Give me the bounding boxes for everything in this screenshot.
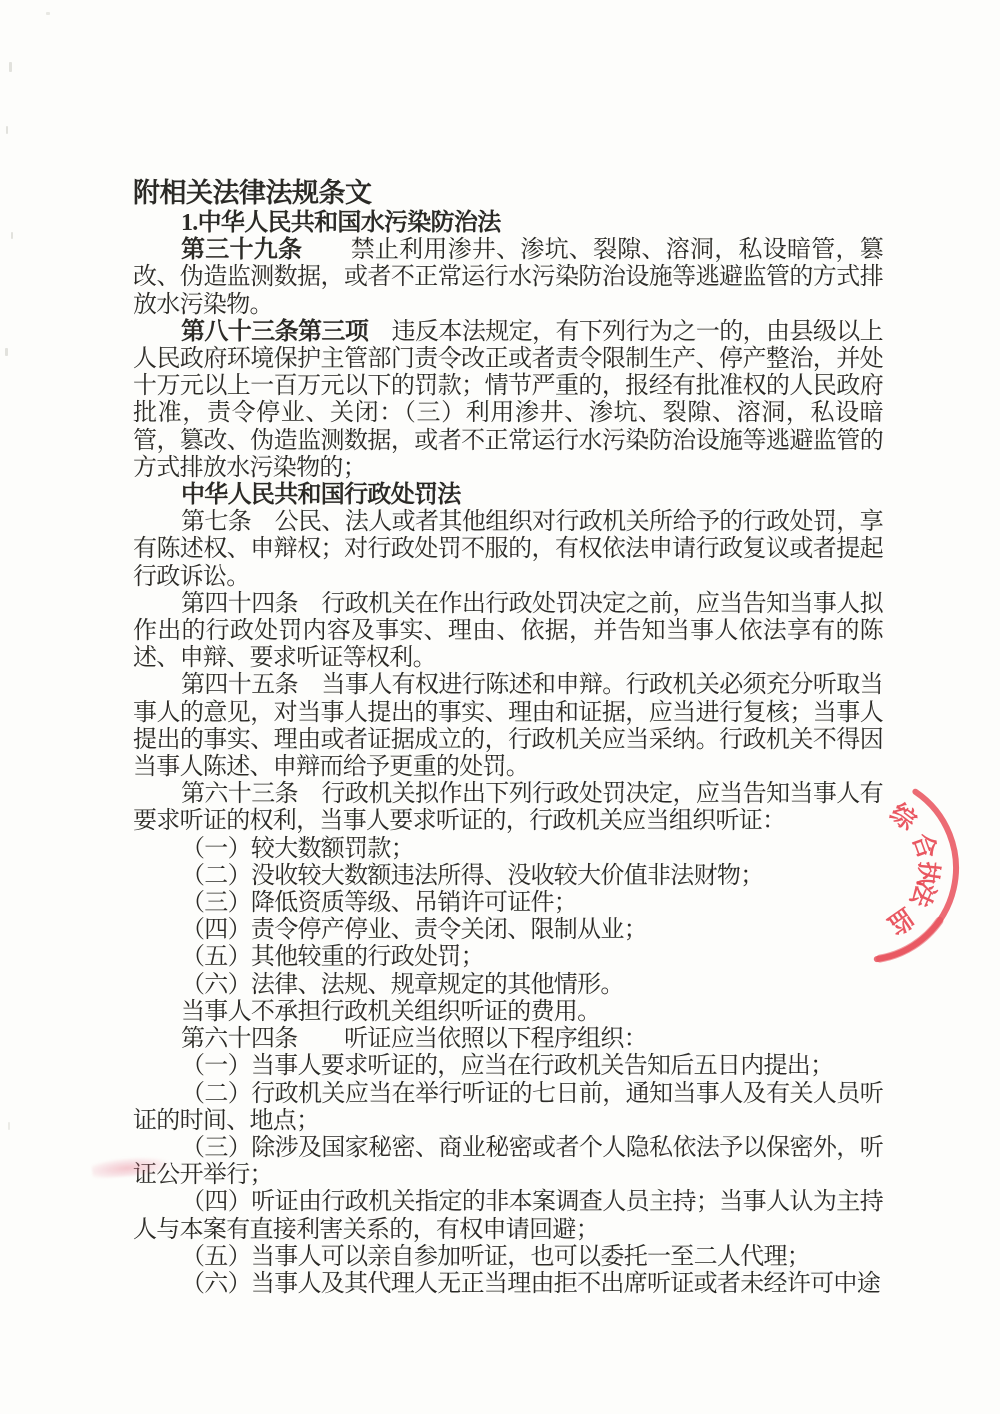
paragraph: （五）其他较重的行政处罚；: [133, 944, 883, 971]
paragraph: （三）降低资质等级、吊销许可证件；: [133, 890, 883, 917]
page-title: 附相关法律法规条文: [133, 176, 883, 210]
article-number: 第四十四条: [181, 591, 298, 617]
stamp-border-arc-heavy: [880, 921, 939, 959]
paragraph: （六）当事人及其代理人无正当理由拒不出席听证或者未经许可中途: [133, 1271, 883, 1298]
stamp-character: 综: [884, 798, 922, 837]
stamp-character: 监: [882, 902, 919, 939]
scan-artifact: [8, 1122, 10, 1130]
article-number: 第七条: [181, 509, 251, 535]
stamp-border-arc: [877, 792, 956, 959]
paragraph: 第六十三条 行政机关拟作出下列行政处罚决定，应当告知当事人有要求听证的权利，当事…: [133, 781, 883, 835]
paragraph: 第四十五条 当事人有权进行陈述和申辩。行政机关必须充分听取当事人的意见，对当事人…: [133, 672, 883, 781]
scanned-document: { "document": { "title": "附相关法律法规条文", "p…: [0, 0, 1000, 1414]
paragraph: 第三十九条 禁止利用渗井、渗坑、裂隙、溶洞，私设暗管，篡改、伪造监测数据，或者不…: [133, 237, 883, 319]
paragraph: （四）责令停产停业、责令关闭、限制从业；: [133, 917, 883, 944]
scan-artifact: [9, 62, 12, 72]
article-number: 第三十九条: [181, 237, 302, 263]
scan-artifact: [11, 232, 13, 239]
paragraph: 第四十四条 行政机关在作出行政处罚决定之前，应当告知当事人拟作出的行政处罚内容及…: [133, 591, 883, 673]
paragraph-list: 1.中华人民共和国水污染防治法第三十九条 禁止利用渗井、渗坑、裂隙、溶洞，私设暗…: [133, 210, 883, 1298]
article-number: 第八十三条第三项: [181, 319, 368, 345]
article-number: 第四十五条: [181, 672, 298, 698]
scan-artifact: [6, 126, 8, 134]
paragraph: （一）较大数额罚款；: [133, 836, 883, 863]
document-page: 附相关法律法规条文 1.中华人民共和国水污染防治法第三十九条 禁止利用渗井、渗坑…: [0, 0, 1000, 1414]
paragraph: （二）没收较大数额违法所得、没收较大价值非法财物；: [133, 863, 883, 890]
paragraph: 第六十四条 听证应当依照以下程序组织：: [133, 1026, 883, 1053]
paragraph: 中华人民共和国行政处罚法: [133, 482, 883, 509]
paragraph: 1.中华人民共和国水污染防治法: [133, 210, 883, 237]
scan-artifact: [5, 348, 8, 356]
paragraph: （四）听证由行政机关指定的非本案调查人员主持；当事人认为主持人与本案有直接利害关…: [133, 1189, 883, 1243]
article-number: 第六十四条: [181, 1026, 298, 1052]
scan-artifact: [46, 12, 50, 15]
stamp-character: 法: [904, 877, 940, 912]
article-number: 第六十三条: [181, 781, 298, 807]
paragraph: （五）当事人可以亲自参加听证，也可以委托一至二人代理；: [133, 1244, 883, 1271]
paragraph: （三）除涉及国家秘密、商业秘密或者个人隐私依法予以保密外，听证公开举行；: [133, 1135, 883, 1189]
stamp-text: 综合执法监: [882, 798, 943, 940]
document-content: 附相关法律法规条文 1.中华人民共和国水污染防治法第三十九条 禁止利用渗井、渗坑…: [133, 176, 883, 1298]
paragraph: （六）法律、法规、规章规定的其他情形。: [133, 972, 883, 999]
paragraph: 第八十三条第三项 违反本法规定，有下列行为之一的，由县级以上人民政府环境保护主管…: [133, 319, 883, 482]
stamp-character: 合: [907, 829, 943, 862]
stamp-character: 执: [913, 860, 943, 887]
paragraph: 第七条 公民、法人或者其他组织对行政机关所给予的行政处罚，享有陈述权、申辩权；对…: [133, 509, 883, 591]
paragraph: （一）当事人要求听证的，应当在行政机关告知后五日内提出；: [133, 1053, 883, 1080]
paragraph: 当事人不承担行政机关组织听证的费用。: [133, 999, 883, 1026]
paragraph: （二）行政机关应当在举行听证的七日前，通知当事人及有关人员听证的时间、地点；: [133, 1081, 883, 1135]
